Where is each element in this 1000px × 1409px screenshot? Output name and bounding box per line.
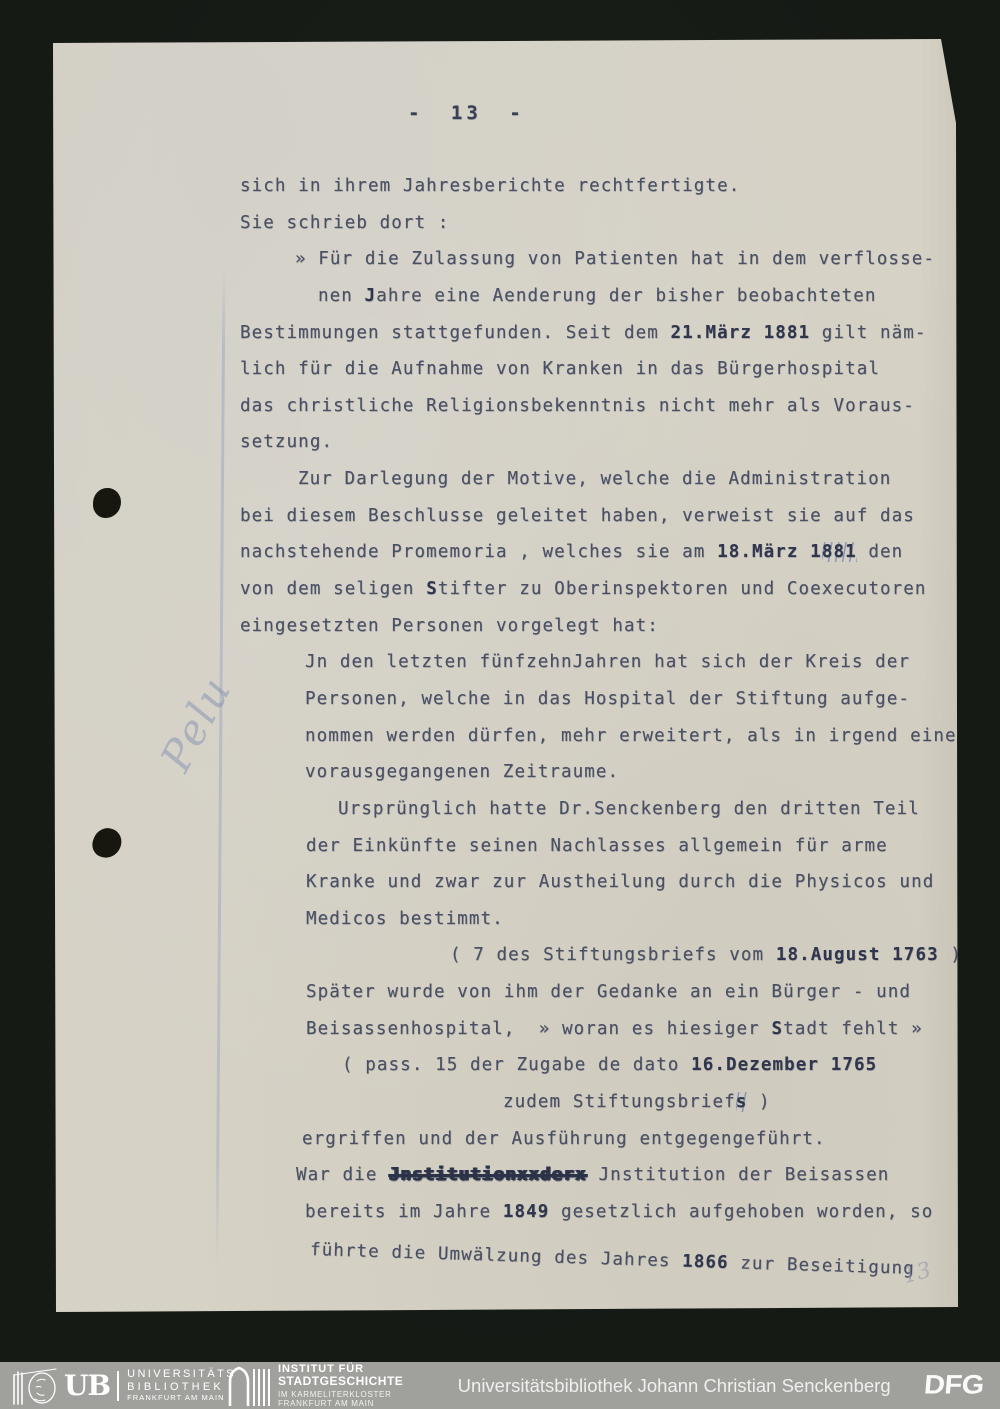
margin-rule-line — [216, 269, 225, 1269]
text-line: bereits im Jahre 1849 gesetzlich aufgeho… — [240, 1194, 958, 1231]
text-line: Ursprünglich hatte Dr.Senckenberg den dr… — [240, 791, 958, 828]
text-line: Zur Darlegung der Motive, welche die Adm… — [240, 461, 958, 498]
text-line: Kranke und zwar zur Austheilung durch di… — [240, 864, 958, 901]
text-line: vorausgegangenen Zeitraume. — [240, 754, 958, 791]
text-line: » Für die Zulassung von Patienten hat in… — [240, 241, 958, 278]
text-line: zudem Stiftungsbriefs ) — [240, 1084, 958, 1121]
text-line: der Einkünfte seinen Nachlasses allgemei… — [240, 828, 958, 865]
text-line: das christliche Religionsbekenntnis nich… — [240, 388, 958, 425]
text-line: setzung. — [240, 424, 958, 461]
text-line: sich in ihrem Jahresberichte rechtfertig… — [240, 168, 958, 205]
text-line: Jn den letzten fünfzehnJahren hat sich d… — [240, 644, 958, 681]
ifs-name-line3: IM KARMELITERKLOSTER — [278, 1390, 403, 1399]
stadtgeschichte-arch-icon — [226, 1366, 270, 1406]
text-line: bei diesem Beschlusse geleitet haben, ve… — [240, 498, 958, 535]
scan-viewer: - 13 - sich in ihrem Jahresberichte rech… — [0, 0, 1000, 1409]
ub-logo-divider — [117, 1371, 119, 1401]
text-line: nen Jahre eine Aenderung der bisher beob… — [240, 278, 958, 315]
text-line: Beisassenhospital, » woran es hiesiger S… — [240, 1011, 958, 1048]
ub-name-line1: UNIVERSITÄTS — [127, 1368, 236, 1381]
text-line: Später wurde von ihm der Gedanke an ein … — [240, 974, 958, 1011]
text-line: Personen, welche in das Hospital der Sti… — [240, 681, 958, 718]
ub-logo: UB UNIVERSITÄTS BIBLIOTHEK FRANKFURT AM … — [12, 1366, 226, 1406]
text-line: eingesetzten Personen vorgelegt hat: — [240, 608, 958, 645]
ub-name-line3: FRANKFURT AM MAIN — [127, 1394, 236, 1403]
page-number: - 13 - — [408, 102, 525, 124]
punch-hole-bottom — [89, 824, 126, 862]
ifs-name-line2: STADTGESCHICHTE — [278, 1375, 403, 1389]
text-line: führte die Umwälzung des Jahres 1866 zur… — [239, 1229, 958, 1288]
text-line: von dem seligen Stifter zu Oberinspektor… — [240, 571, 958, 608]
text-line: ( pass. 15 der Zugabe de dato 16.Dezembe… — [240, 1047, 958, 1084]
ub-abbrev: UB — [64, 1372, 110, 1400]
text-line: nommen werden dürfen, mehr erweitert, al… — [240, 718, 958, 755]
text-line: Bestimmungen stattgefunden. Seit dem 21.… — [240, 315, 958, 352]
dfg-logo: DFG — [923, 1370, 985, 1400]
ub-name-line2: BIBLIOTHEK — [127, 1381, 236, 1394]
footer-bar: UB UNIVERSITÄTS BIBLIOTHEK FRANKFURT AM … — [0, 1362, 1000, 1409]
stadtgeschichte-logo: INSTITUT FÜR STADTGESCHICHTE IM KARMELIT… — [226, 1363, 434, 1409]
document-page: - 13 - sich in ihrem Jahresberichte rech… — [53, 39, 958, 1312]
text-line: nachstehende Promemoria , welches sie am… — [240, 534, 958, 571]
text-block: sich in ihrem Jahresberichte rechtfertig… — [240, 168, 958, 1267]
text-line: ( 7 des Stiftungsbriefs vom 18.August 17… — [240, 937, 958, 974]
text-line: War die Jnstitutionxxderx Jnstitution de… — [240, 1157, 958, 1194]
text-line: ergriffen und der Ausführung entgegengef… — [240, 1121, 958, 1158]
text-line: Sie schrieb dort : — [240, 205, 958, 242]
ifs-name-line4: FRANKFURT AM MAIN — [278, 1399, 403, 1408]
library-name: Universitätsbibliothek Johann Christian … — [434, 1375, 914, 1397]
punch-hole-top — [93, 488, 121, 518]
text-line: lich für die Aufnahme von Kranken in das… — [240, 351, 958, 388]
goethe-portrait-icon — [12, 1366, 60, 1406]
text-line: Medicos bestimmt. — [240, 901, 958, 938]
